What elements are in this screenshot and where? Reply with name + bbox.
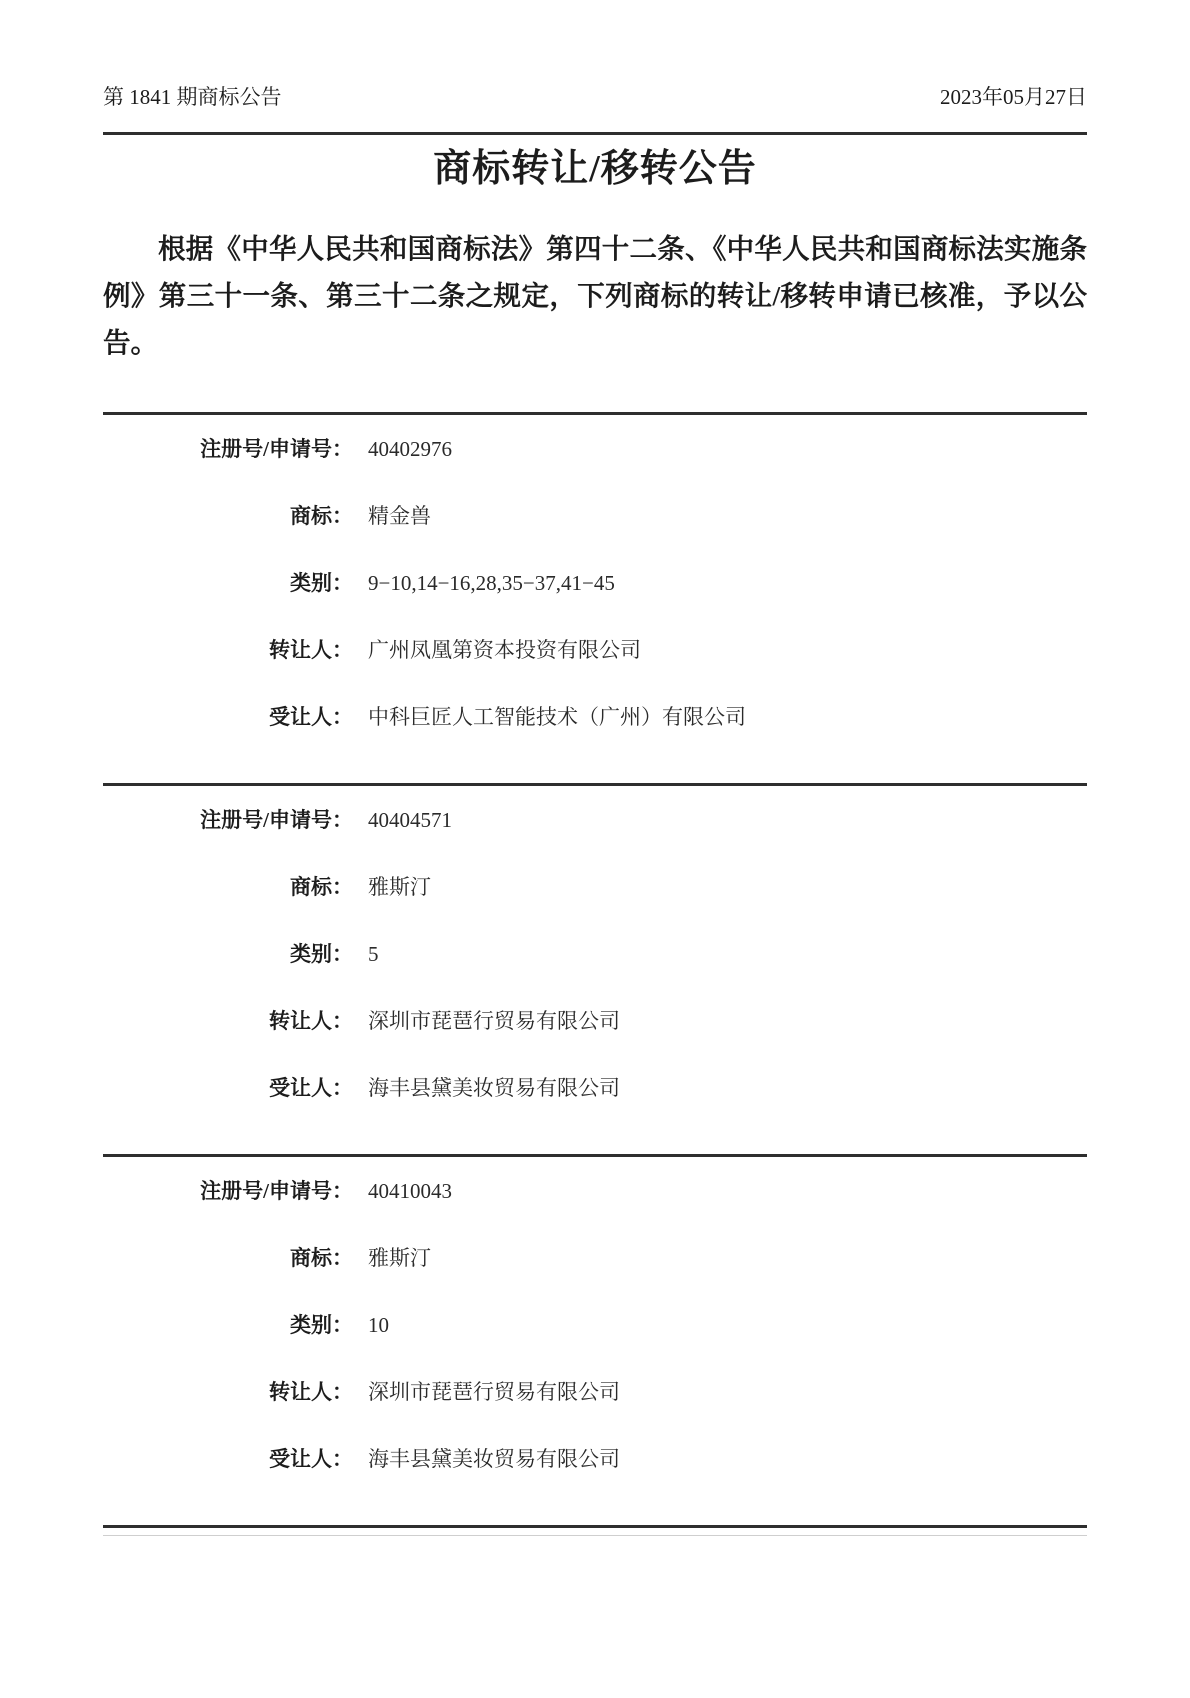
field-label-transferor: 转让人： [103,1007,353,1035]
trademark-record-1: 注册号/申请号： 40402976 商标： 精金兽 类别： 9−10,14−16… [103,412,1087,783]
field-label-transferor: 转让人： [103,636,353,664]
field-label-category: 类别： [103,1311,353,1339]
field-row-transferor: 转让人： 广州凤凰第资本投资有限公司 [103,636,1087,664]
field-label-transferee: 受让人： [103,1445,353,1473]
trademark-record-3: 注册号/申请号： 40410043 商标： 雅斯汀 类别： 10 转让人： 深圳… [103,1154,1087,1525]
header-rule [103,132,1087,135]
field-label-transferee: 受让人： [103,1074,353,1102]
field-row-transferor: 转让人： 深圳市琵琶行贸易有限公司 [103,1007,1087,1035]
field-row-category: 类别： 9−10,14−16,28,35−37,41−45 [103,569,1087,597]
field-label-trademark: 商标： [103,502,353,530]
field-value-category: 10 [353,1311,389,1339]
field-value-transferee: 海丰县黛美妆贸易有限公司 [353,1074,620,1102]
gazette-issue-label: 第 1841 期商标公告 [103,84,282,110]
field-row-transferee: 受让人： 海丰县黛美妆贸易有限公司 [103,1445,1087,1473]
field-row-reg-no: 注册号/申请号： 40404571 [103,806,1087,834]
field-row-category: 类别： 5 [103,940,1087,968]
page-header: 第 1841 期商标公告 2023年05月27日 [103,84,1087,110]
field-row-transferee: 受让人： 海丰县黛美妆贸易有限公司 [103,1074,1087,1102]
field-label-category: 类别： [103,940,353,968]
field-value-trademark: 精金兽 [353,502,431,530]
field-label-trademark: 商标： [103,873,353,901]
field-value-transferor: 广州凤凰第资本投资有限公司 [353,636,641,664]
intro-paragraph: 根据《中华人民共和国商标法》第四十二条、《中华人民共和国商标法实施条例》第三十一… [103,225,1087,366]
field-label-reg-no: 注册号/申请号： [103,1177,353,1205]
field-row-trademark: 商标： 雅斯汀 [103,873,1087,901]
page-bottom-rule-shadow [103,1535,1087,1536]
field-value-trademark: 雅斯汀 [353,1244,431,1272]
document-page: 第 1841 期商标公告 2023年05月27日 商标转让/移转公告 根据《中华… [0,0,1190,1698]
field-row-trademark: 商标： 精金兽 [103,502,1087,530]
field-label-transferee: 受让人： [103,703,353,731]
field-row-reg-no: 注册号/申请号： 40410043 [103,1177,1087,1205]
field-row-category: 类别： 10 [103,1311,1087,1339]
field-value-transferee: 海丰县黛美妆贸易有限公司 [353,1445,620,1473]
field-row-transferee: 受让人： 中科巨匠人工智能技术（广州）有限公司 [103,703,1087,731]
field-value-transferee: 中科巨匠人工智能技术（广州）有限公司 [353,703,746,731]
field-label-transferor: 转让人： [103,1378,353,1406]
field-value-transferor: 深圳市琵琶行贸易有限公司 [353,1378,620,1406]
field-row-reg-no: 注册号/申请号： 40402976 [103,435,1087,463]
page-bottom-rule [103,1525,1087,1528]
field-label-reg-no: 注册号/申请号： [103,435,353,463]
page-title: 商标转让/移转公告 [103,145,1087,193]
trademark-record-2: 注册号/申请号： 40404571 商标： 雅斯汀 类别： 5 转让人： 深圳市… [103,783,1087,1154]
field-label-trademark: 商标： [103,1244,353,1272]
field-row-trademark: 商标： 雅斯汀 [103,1244,1087,1272]
gazette-date: 2023年05月27日 [940,84,1087,110]
field-value-transferor: 深圳市琵琶行贸易有限公司 [353,1007,620,1035]
field-row-transferor: 转让人： 深圳市琵琶行贸易有限公司 [103,1378,1087,1406]
field-label-reg-no: 注册号/申请号： [103,806,353,834]
field-value-category: 9−10,14−16,28,35−37,41−45 [353,569,615,597]
field-value-category: 5 [353,940,379,968]
field-value-reg-no: 40402976 [353,435,452,463]
field-value-reg-no: 40410043 [353,1177,452,1205]
field-label-category: 类别： [103,569,353,597]
field-value-reg-no: 40404571 [353,806,452,834]
field-value-trademark: 雅斯汀 [353,873,431,901]
records-list: 注册号/申请号： 40402976 商标： 精金兽 类别： 9−10,14−16… [103,412,1087,1536]
